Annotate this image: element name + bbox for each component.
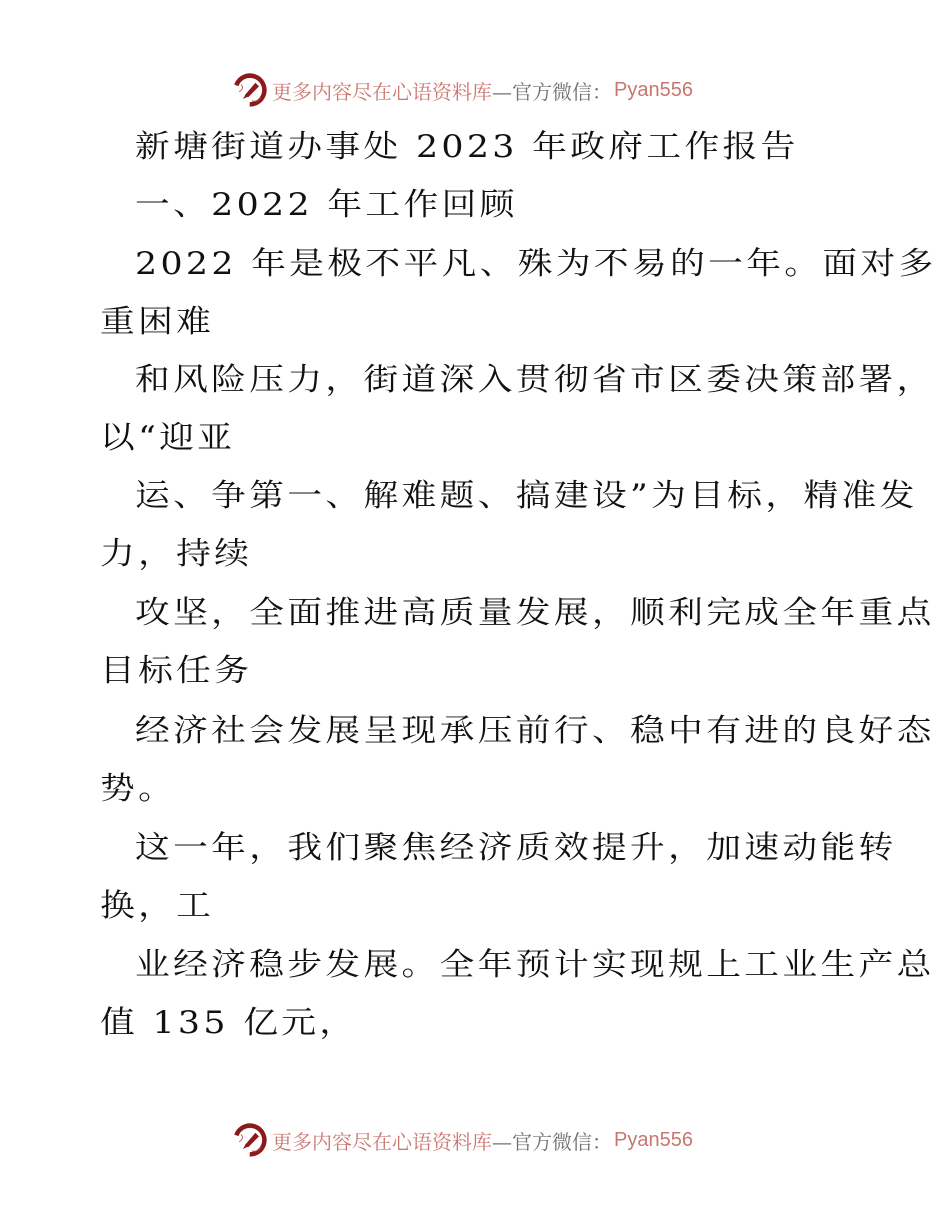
document-title: 新塘街道办事处 2023 年政府工作报告 [135,127,799,167]
paragraph-line: 力，持续 [100,534,252,574]
paragraph-line: 攻坚，全面推进高质量发展，顺利完成全年重点 [135,593,935,633]
paragraph-line: 这一年，我们聚焦经济质效提升，加速动能转 [135,828,897,868]
paragraph-line: 业经济稳步发展。全年预计实现规上工业生产总 [135,945,935,985]
section-heading: 一、2022 年工作回顾 [135,185,518,225]
paragraph-line: 重困难 [100,302,214,342]
paragraph-line: 值 135 亿元， [100,1003,357,1043]
footer-watermark: 更多内容尽在心语资料库 —官方微信： Pyan556 [232,1120,693,1160]
watermark-wechat-id: Pyan556 [614,79,693,102]
watermark-separator-text: —官方微信： [492,1126,612,1155]
watermark-site-text: 更多内容尽在心语资料库 [272,1126,492,1155]
paragraph-line: 经济社会发展呈现承压前行、稳中有进的良好态 [135,711,935,751]
paragraph-line: 运、争第一、解难题、搞建设”为目标，精准发 [135,476,918,516]
paragraph-line: 以“迎亚 [100,418,235,458]
watermark-wechat-id: Pyan556 [614,1129,693,1152]
paragraph-line: 2022 年是极不平凡、殊为不易的一年。面对多 [135,244,937,284]
paragraph-line: 势。 [100,769,176,809]
watermark-separator-text: —官方微信： [492,76,612,105]
paragraph-line: 目标任务 [100,651,252,691]
paragraph-line: 和风险压力，街道深入贯彻省市区委决策部署， [135,360,935,400]
paragraph-line: 换，工 [100,886,214,926]
watermark-site-text: 更多内容尽在心语资料库 [272,76,492,105]
pen-nib-logo-icon [232,1122,268,1158]
pen-nib-logo-icon [232,72,268,108]
header-watermark: 更多内容尽在心语资料库 —官方微信： Pyan556 [232,70,693,110]
